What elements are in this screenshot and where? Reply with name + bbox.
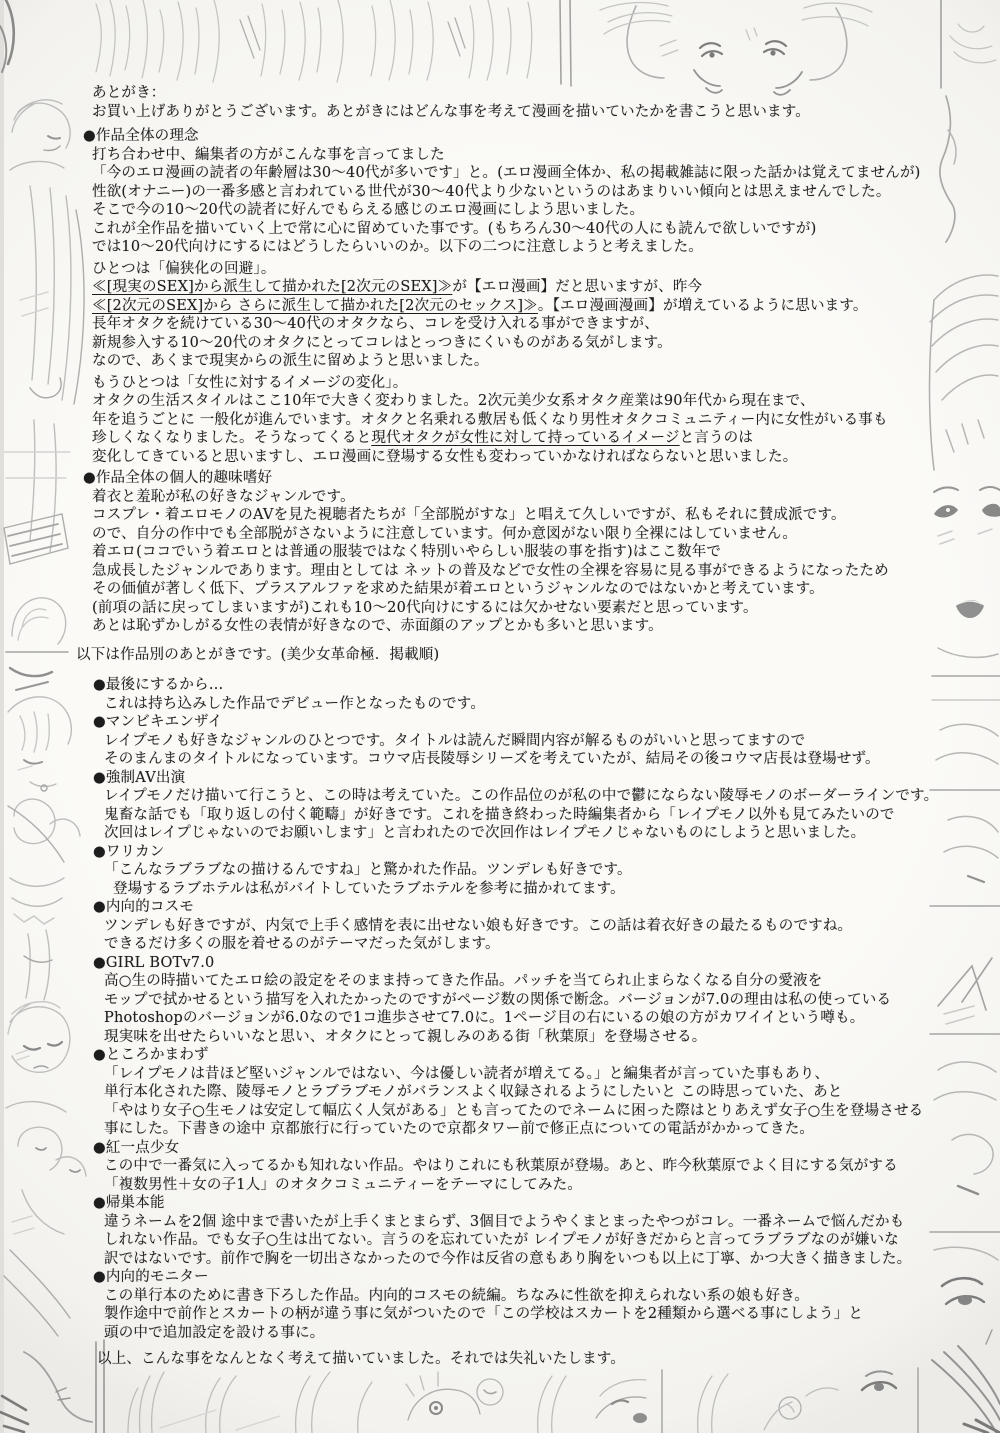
underlined-text: 現代オタクが女性に対して持っているイメージ: [371, 430, 679, 446]
text-run: 「やはり女子○生モノは安定して幅広く人気がある」とも言ってたのでネームに困った際…: [104, 1103, 923, 1119]
text-run: 年を追うごとに 一般化が進んでいます。オタクと名乗れる敷居も低くなり男性オタクコ…: [92, 412, 888, 428]
per-work-intro: 以下は作品別のあとがきです。(美少女革命極．掲載順): [70, 646, 985, 665]
text-run: ひとつは「偏狭化の回避」。: [92, 261, 276, 277]
text-line: 鬼畜な話でも「取り返しの付く範疇」が好きです。これを描き終わった時編集者から「レ…: [70, 806, 985, 825]
text-line: 高○生の時描いてたエロ絵の設定をそのまま持ってきた作品。パッチを当てられ止まらな…: [70, 972, 985, 991]
text-run: 急成長したジャンルであります。理由としては ネットの普及などで女性の全裸を容易に…: [92, 563, 889, 579]
text-line: 年を追うごとに 一般化が進んでいます。オタクと名乗れる敷居も低くなり男性オタクコ…: [70, 411, 985, 430]
text-run: 性欲(オナニー)の一番多感と言われている世代が30～40代より少ないというのはあ…: [92, 184, 891, 200]
text-run: ●最後にするから…: [93, 677, 223, 693]
text-run: コスプレ・着エロモノのAVを見た視聴者たちが「全部脱がすな」と唱えて久しいですが…: [92, 507, 846, 523]
underlined-text: ≪[現実のSEX]から派生して描かれた[2次元のSEX]≫: [92, 279, 452, 295]
text-line: 訳ではないです。前作で胸を一切出さなかったので今作は反省の意もあり胸をいつも以上…: [70, 1250, 985, 1269]
text-line: 単行本化された際、陵辱モノとラブラブモノがバランスよく収録されるようにしたいと …: [70, 1083, 985, 1102]
text-run: 変化してきていると思いますし、エロ漫画に登場する女性も変わっていかなければならな…: [92, 449, 797, 465]
text-line: そこで今の10～20代の読者に好んでもらえる感じのエロ漫画にしよう思いました。: [70, 201, 985, 220]
text-run: 以下は作品別のあとがきです。(美少女革命極．掲載順): [76, 647, 439, 663]
text-run: この単行本のために書き下ろした作品。内向的コスモの続編。ちなみに性欲を抑えられな…: [104, 1288, 809, 1304]
text-line: 長年オタクを続けている30～40代のオタクなら、コレを受け入れる事ができますが、: [70, 315, 985, 334]
text-line: レイプモノだけ描いて行こうと、この時は考えていた。この作品位のが私の中で鬱になら…: [70, 787, 985, 806]
text-run: 鬼畜な話でも「取り返しの付く範疇」が好きです。これを描き終わった時編集者から「レ…: [104, 807, 895, 823]
heading-work-saigo-ni-suru-kara: ●最後にするから…: [70, 676, 985, 695]
text-run: レイプモノも好きなジャンルのひとつです。タイトルは読んだ瞬間内容が解るものがいい…: [104, 733, 805, 749]
text-run: できるだけ多くの服を着せるのがテーマだった気がします。: [104, 936, 500, 952]
text-run: ので、自分の作中でも全部脱がさないように注意しています。何か意図がない限り全裸に…: [92, 526, 797, 542]
text-run: 登場するラブホテルは私がバイトしていたラブホテルを参考に描かれてます。: [113, 881, 625, 897]
text-line: コスプレ・着エロモノのAVを見た視聴者たちが「全部脱がすな」と唱えて久しいですが…: [70, 506, 985, 525]
sketch-bottom-margin: [128, 1368, 918, 1433]
text-line: 珍しくなくなりました。そうなってくると現代オタクが女性に対して持っているイメージ…: [70, 429, 985, 448]
text-line: 打ち合わせ中、編集者の方がこんな事を言ってました: [70, 146, 985, 165]
heading-overall-concept: ●作品全体の理念: [70, 127, 985, 146]
text-run: ●内向的モニター: [93, 1269, 209, 1285]
text-line: その価値が著しく低下、プラスアルファを求めた結果が着エロというジャンルなのではな…: [70, 580, 985, 599]
text-run: これは持ち込みした作品でデビュー作となったものです。: [104, 696, 485, 712]
text-run: なので、あくまで現実からの派生に留めようと思いました。: [92, 353, 489, 369]
text-run: ●作品全体の理念: [83, 128, 199, 144]
text-run: 「レイプモノは昔ほど堅いジャンルではない、今は優しい読者が増えてる。」と編集者が…: [104, 1066, 829, 1082]
paragraph-gap: [70, 636, 985, 646]
text-line: 性欲(オナニー)の一番多感と言われている世代が30～40代より少ないというのはあ…: [70, 183, 985, 202]
text-line: 「やはり女子○生モノは安定して幅広く人気がある」とも言ってたのでネームに困った際…: [70, 1102, 985, 1121]
text-line: 変化してきていると思いますし、エロ漫画に登場する女性も変わっていかなければならな…: [70, 448, 985, 467]
text-run: 違うネームを2個 途中まで書いたが上手くまとまらず、3個目でようやくまとまったや…: [104, 1214, 904, 1230]
text-line: これが全作品を描いていく上で常に心に留めていた事です。(もちろん30～40代の人…: [70, 220, 985, 239]
text-run: ●紅一点少女: [93, 1140, 179, 1156]
text-run: 「今のエロ漫画の読者の年齢層は30～40代が多いです」と。(エロ漫画全体か、私の…: [92, 165, 921, 181]
text-run: 打ち合わせ中、編集者の方がこんな事を言ってました: [92, 147, 445, 163]
text-line: ので、自分の作中でも全部脱がさないように注意しています。何か意図がない限り全裸に…: [70, 525, 985, 544]
text-run: オタクの生活スタイルはここ10年で大きく変わりました。2次元美少女系オタク産業は…: [92, 393, 815, 409]
text-run: モップで拭かせるという描写を入れたかったのですがページ数の関係で断念。バージョン…: [104, 992, 891, 1008]
text-line: 着衣と羞恥が私の好きなジャンルです。: [70, 488, 985, 507]
afterword-text: あとがき：お買い上げありがとうございます。あとがきにはどんな事を考えて漫画を描い…: [70, 84, 985, 1369]
afterword-page: あとがき：お買い上げありがとうございます。あとがきにはどんな事を考えて漫画を描い…: [0, 0, 1000, 1433]
heading-personal-tastes: ●作品全体の個人的趣味嗜好: [70, 469, 985, 488]
text-line: 次回はレイプじゃないのでお願いします」と言われたので次回作はレイプモノじゃないも…: [70, 824, 985, 843]
text-line: Photoshopのバージョンが6.0なので1コ進歩させて7.0に。1ページ目の…: [70, 1009, 985, 1028]
text-line: 急成長したジャンルであります。理由としては ネットの普及などで女性の全裸を容易に…: [70, 562, 985, 581]
text-run: ●ワリカン: [93, 844, 165, 860]
text-line: しれない作品。でも女子○生は出てない。言うのを忘れていたが レイプモノが好きだか…: [70, 1231, 985, 1250]
text-run: 現実味を出せたらいいなと思い、オタクにとって親しみのある街「秋葉原」を登場させる…: [104, 1029, 706, 1045]
text-line: モップで拭かせるという描写を入れたかったのですがページ数の関係で断念。バージョン…: [70, 991, 985, 1010]
text-run: 以上、こんな事をなんとなく考えて描いていました。それでは失礼いたします。: [97, 1351, 625, 1367]
text-run: ●強制AV出演: [93, 770, 185, 786]
text-line: オタクの生活スタイルはここ10年で大きく変わりました。2次元美少女系オタク産業は…: [70, 392, 985, 411]
text-line: お買い上げありがとうございます。あとがきにはどんな事を考えて漫画を描いていたかを…: [70, 103, 985, 122]
text-line: できるだけ多くの服を着せるのがテーマだった気がします。: [70, 935, 985, 954]
text-run: 「複数男性＋女の子1人」のオタクコミュニティーをテーマにしてみた。: [104, 1177, 582, 1193]
text-line: 「今のエロ漫画の読者の年齢層は30～40代が多いです」と。(エロ漫画全体か、私の…: [70, 164, 985, 183]
text-run: 事にした。下書きの途中 京都旅行に行っていたので京都タワー前で修正点についての電…: [104, 1121, 814, 1137]
text-run: お買い上げありがとうございます。あとがきにはどんな事を考えて漫画を描いていたかを…: [92, 104, 810, 120]
text-line: この中で一番気に入ってるかも知れない作品。やはりこれにも秋葉原が登場。あと、昨今…: [70, 1157, 985, 1176]
text-run: レイプモノだけ描いて行こうと、この時は考えていた。この作品位のが私の中で鬱になら…: [104, 788, 938, 804]
text-run: 新規参入する10～20代のオタクにとってコレはとっつきにくいものがある気がします…: [92, 335, 672, 351]
text-line: なので、あくまで現実からの派生に留めようと思いました。: [70, 352, 985, 371]
text-line: では10～20代向けにするにはどうしたらいいのか。以下の二つに注意しようと考えま…: [70, 238, 985, 257]
heading-work-warikan: ●ワリカン: [70, 843, 985, 862]
text-line: 「こんなラブラブなの描けるんですね」と驚かれた作品。ツンデレも好きです。: [70, 861, 985, 880]
closing-line: 以上、こんな事をなんとなく考えて描いていました。それでは失礼いたします。: [70, 1350, 985, 1369]
text-run: しれない作品。でも女子○生は出てない。言うのを忘れていたが レイプモノが好きだか…: [104, 1232, 899, 1248]
sketch-top-margin: [0, 0, 996, 95]
text-run: 次回はレイプじゃないのでお願いします」と言われたので次回作はレイプモノじゃないも…: [104, 825, 865, 841]
scan-edge-shade: [0, 0, 4, 1433]
text-line: レイプモノも好きなジャンルのひとつです。タイトルは読んだ瞬間内容が解るものがいい…: [70, 732, 985, 751]
paragraph-gap: [70, 1342, 985, 1350]
text-run: その価値が著しく低下、プラスアルファを求めた結果が着エロというジャンルなのではな…: [92, 581, 824, 597]
text-line: もうひとつは「女性に対するイメージの変化」。: [70, 374, 985, 393]
text-run: 「こんなラブラブなの描けるんですね」と驚かれた作品。ツンデレも好きです。: [104, 862, 632, 878]
text-line: 着エロ(ココでいう着エロとは普通の服装ではなく特別いやらしい服装の事を指す)はこ…: [70, 543, 985, 562]
text-run: では10～20代向けにするにはどうしたらいいのか。以下の二つに注意しようと考えま…: [92, 239, 703, 255]
text-run: 着衣と羞恥が私の好きなジャンルです。: [92, 489, 355, 505]
text-run: と言うのは: [680, 430, 754, 446]
text-line: 「複数男性＋女の子1人」のオタクコミュニティーをテーマにしてみた。: [70, 1176, 985, 1195]
text-run: 珍しくなくなりました。そうなってくると: [92, 430, 371, 446]
text-line: 頭の中で追加設定を設ける事に。: [70, 1324, 985, 1343]
text-run: ●帰巣本能: [93, 1195, 165, 1211]
text-run: ツンデレも好きですが、内気で上手く感情を表に出せない娘も好きです。この話は着衣好…: [104, 918, 852, 934]
text-run: ●ところかまわず: [93, 1047, 209, 1063]
text-run: ●内向的コスモ: [93, 899, 194, 915]
text-run: 単行本化された際、陵辱モノとラブラブモノがバランスよく収録されるようにしたいと …: [104, 1084, 843, 1100]
text-run: あとがき：: [92, 85, 166, 101]
heading-work-naikouteki-monitor: ●内向的モニター: [70, 1268, 985, 1287]
text-run: そのまんまのタイトルになっています。コウマ店長陵辱シリーズを考えていたが、結局そ…: [104, 751, 880, 767]
text-line: そのまんまのタイトルになっています。コウマ店長陵辱シリーズを考えていたが、結局そ…: [70, 750, 985, 769]
text-run: が【エロ漫画】だと思いますが、昨今: [452, 279, 702, 295]
text-run: ●マンビキエンザイ: [93, 714, 222, 730]
text-run: 。【エロ漫画漫画】が増えているように思います。: [538, 298, 868, 314]
heading-work-tokoro-kamawazu: ●ところかまわず: [70, 1046, 985, 1065]
heading-work-kyousei-av: ●強制AV出演: [70, 769, 985, 788]
text-line: 登場するラブホテルは私がバイトしていたラブホテルを参考に描かれてます。: [70, 880, 985, 899]
text-line: ≪[2次元のSEX]から さらに派生して描かれた[2次元のセックス]≫。【エロ漫…: [70, 297, 985, 316]
text-line: 事にした。下書きの途中 京都旅行に行っていたので京都タワー前で修正点についての電…: [70, 1120, 985, 1139]
text-run: そこで今の10～20代の読者に好んでもらえる感じのエロ漫画にしよう思いました。: [92, 202, 644, 218]
text-run: 着エロ(ココでいう着エロとは普通の服装ではなく特別いやらしい服装の事を指す)はこ…: [92, 544, 721, 560]
heading-work-kouitten-shoujo: ●紅一点少女: [70, 1139, 985, 1158]
text-line: 違うネームを2個 途中まで書いたが上手くまとまらず、3個目でようやくまとまったや…: [70, 1213, 985, 1232]
text-line: ≪[現実のSEX]から派生して描かれた[2次元のSEX]≫が【エロ漫画】だと思い…: [70, 278, 985, 297]
text-line: ツンデレも好きですが、内気で上手く感情を表に出せない娘も好きです。この話は着衣好…: [70, 917, 985, 936]
underlined-text: ≪[2次元のSEX]から さらに派生して描かれた[2次元のセックス]≫: [92, 298, 538, 314]
text-run: 製作途中で前作とスカートの柄が違う事に気がついたので「この学校はスカートを2種類…: [104, 1306, 863, 1322]
heading-work-manbiki-enzai: ●マンビキエンザイ: [70, 713, 985, 732]
text-run: これが全作品を描いていく上で常に心に留めていた事です。(もちろん30～40代の人…: [92, 221, 816, 237]
heading-work-naikouteki-cosmo: ●内向的コスモ: [70, 898, 985, 917]
heading-work-kisou-honnou: ●帰巣本能: [70, 1194, 985, 1213]
text-run: この中で一番気に入ってるかも知れない作品。やはりこれにも秋葉原が登場。あと、昨今…: [104, 1158, 898, 1174]
text-line: (前項の話に戻ってしまいますが)これも10～20代向けにするには欠かせない要素だ…: [70, 599, 985, 618]
text-line: 製作途中で前作とスカートの柄が違う事に気がついたので「この学校はスカートを2種類…: [70, 1305, 985, 1324]
text-run: 頭の中で追加設定を設ける事に。: [104, 1325, 325, 1341]
text-run: (前項の話に戻ってしまいますが)これも10～20代向けにするには欠かせない要素だ…: [92, 600, 758, 616]
text-line: ひとつは「偏狭化の回避」。: [70, 260, 985, 279]
text-line: これは持ち込みした作品でデビュー作となったものです。: [70, 695, 985, 714]
text-line: 新規参入する10～20代のオタクにとってコレはとっつきにくいものがある気がします…: [70, 334, 985, 353]
paragraph-gap: [70, 664, 985, 676]
text-line: あとは恥ずかしがる女性の表情が好きなので、赤面顔のアップとかも多いと思います。: [70, 617, 985, 636]
heading-work-girl-bot: ●GIRL BOTv7.0: [70, 954, 985, 973]
text-run: 訳ではないです。前作で胸を一切出さなかったので今作は反省の意もあり胸をいつも以上…: [104, 1251, 911, 1267]
text-run: Photoshopのバージョンが6.0なので1コ進歩させて7.0に。1ページ目の…: [104, 1010, 865, 1026]
text-run: あとは恥ずかしがる女性の表情が好きなので、赤面顔のアップとかも多いと思います。: [92, 618, 663, 634]
text-run: 長年オタクを続けている30～40代のオタクなら、コレを受け入れる事ができますが、: [92, 316, 659, 332]
text-run: もうひとつは「女性に対するイメージの変化」。: [92, 375, 407, 391]
text-run: ●作品全体の個人的趣味嗜好: [83, 470, 272, 486]
text-line: あとがき：: [70, 84, 985, 103]
text-run: 高○生の時描いてたエロ絵の設定をそのまま持ってきた作品。パッチを当てられ止まらな…: [104, 973, 822, 989]
text-line: 「レイプモノは昔ほど堅いジャンルではない、今は優しい読者が増えてる。」と編集者が…: [70, 1065, 985, 1084]
text-line: この単行本のために書き下ろした作品。内向的コスモの続編。ちなみに性欲を抑えられな…: [70, 1287, 985, 1306]
text-run: ●GIRL BOTv7.0: [93, 955, 214, 971]
text-line: 現実味を出せたらいいなと思い、オタクにとって親しみのある街「秋葉原」を登場させる…: [70, 1028, 985, 1047]
